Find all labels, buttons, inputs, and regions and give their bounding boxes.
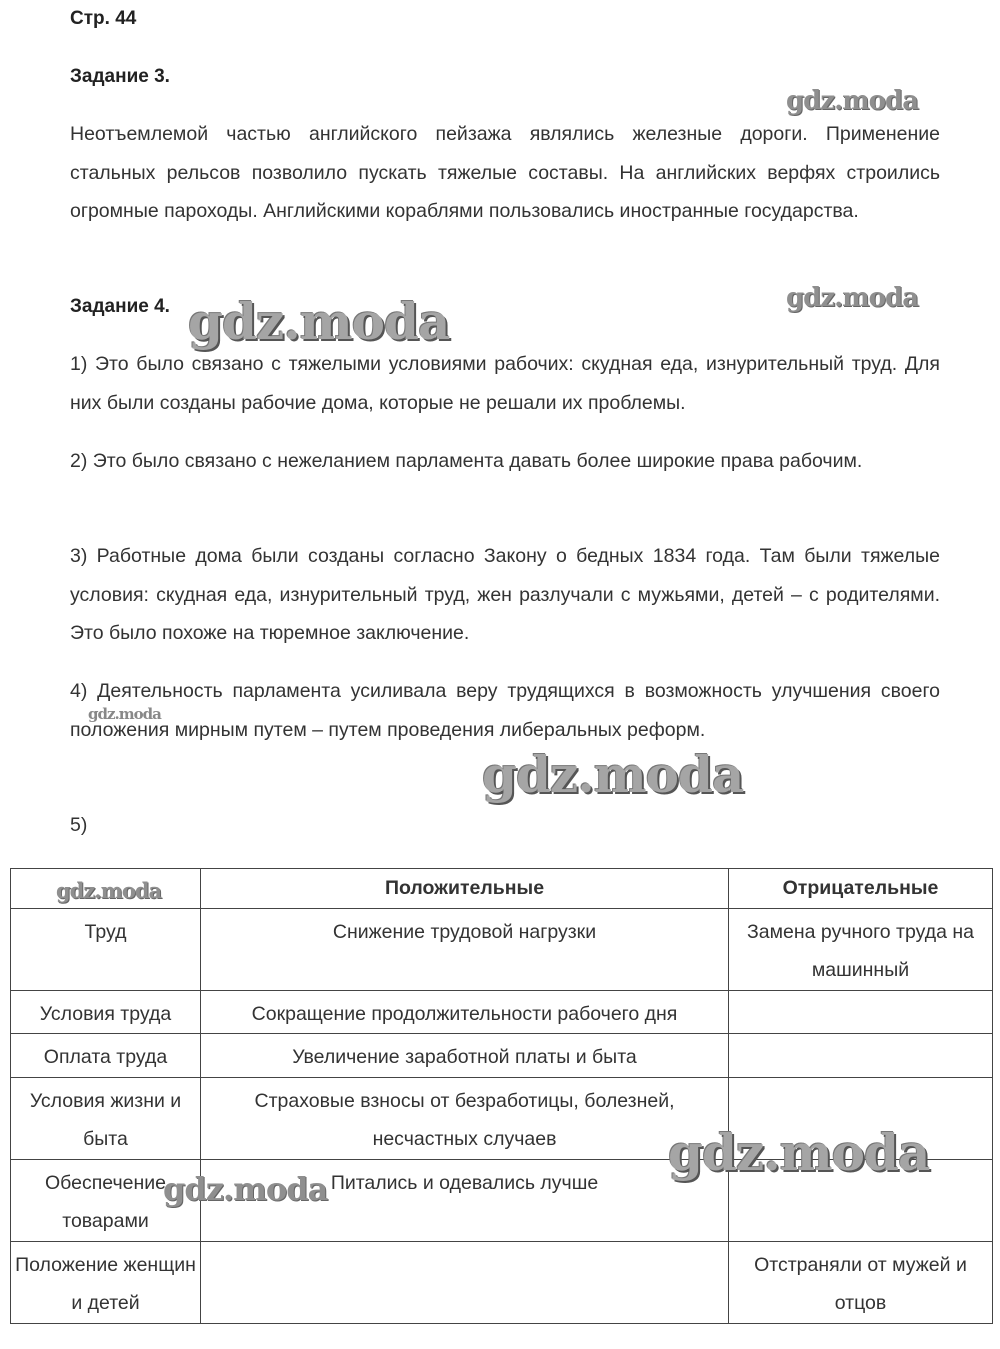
task-4-item-4: 4) Деятельность парламента усиливала вер…: [70, 672, 940, 749]
table-cell-negative: [729, 1159, 993, 1241]
changes-table: Положительные Отрицательные ТрудСнижение…: [10, 868, 993, 1324]
table-row: Условия жизни и бытаСтраховые взносы от …: [11, 1077, 993, 1159]
table-cell-category: Положение женщин и детей: [11, 1241, 201, 1323]
table-row: ТрудСнижение трудовой нагрузкиЗамена руч…: [11, 908, 993, 990]
table-header-row: Положительные Отрицательные: [11, 869, 993, 909]
watermark: gdz.moda: [482, 745, 743, 804]
table-cell-negative: Замена ручного труда на машинный: [729, 908, 993, 990]
table-cell-category: Оплата труда: [11, 1034, 201, 1078]
task-4-item-5: 5): [70, 806, 940, 845]
watermark: gdz.moda: [786, 283, 918, 313]
watermark: gdz.moda: [786, 86, 918, 116]
table-cell-category: Условия труда: [11, 990, 201, 1034]
task-4-title: Задание 4.: [70, 296, 170, 318]
task-4-item-2: 2) Это было связано с нежеланием парламе…: [70, 442, 940, 481]
table-cell-negative: [729, 990, 993, 1034]
task-4-item-1: 1) Это было связано с тяжелыми условиями…: [70, 345, 940, 422]
watermark: gdz.moda: [188, 292, 449, 351]
table-cell-negative: Отстраняли от мужей и отцов: [729, 1241, 993, 1323]
table-header-negative: Отрицательные: [729, 869, 993, 909]
table-cell-positive: Сокращение продолжительности рабочего дн…: [201, 990, 729, 1034]
table-cell-category: Условия жизни и быта: [11, 1077, 201, 1159]
page-number: Стр. 44: [70, 8, 136, 30]
table-row: Положение женщин и детейОтстраняли от му…: [11, 1241, 993, 1323]
task-4-item-3: 3) Работные дома были созданы согласно З…: [70, 537, 940, 653]
table-header-positive: Положительные: [201, 869, 729, 909]
table-header-cell: [11, 869, 201, 909]
table-cell-negative: [729, 1077, 993, 1159]
table-cell-category: Обеспечение товарами: [11, 1159, 201, 1241]
table-cell-category: Труд: [11, 908, 201, 990]
table-cell-negative: [729, 1034, 993, 1078]
table-cell-positive: [201, 1241, 729, 1323]
table-cell-positive: Питались и одевались лучше: [201, 1159, 729, 1241]
table-cell-positive: Страховые взносы от безработицы, болезне…: [201, 1077, 729, 1159]
table-row: Оплата трудаУвеличение заработной платы …: [11, 1034, 993, 1078]
table-cell-positive: Снижение трудовой нагрузки: [201, 908, 729, 990]
table-row: Условия трудаСокращение продолжительност…: [11, 990, 993, 1034]
table-cell-positive: Увеличение заработной платы и быта: [201, 1034, 729, 1078]
table-row: Обеспечение товарамиПитались и одевались…: [11, 1159, 993, 1241]
task-3-text: Неотъемлемой частью английского пейзажа …: [70, 115, 940, 231]
task-3-title: Задание 3.: [70, 66, 170, 88]
